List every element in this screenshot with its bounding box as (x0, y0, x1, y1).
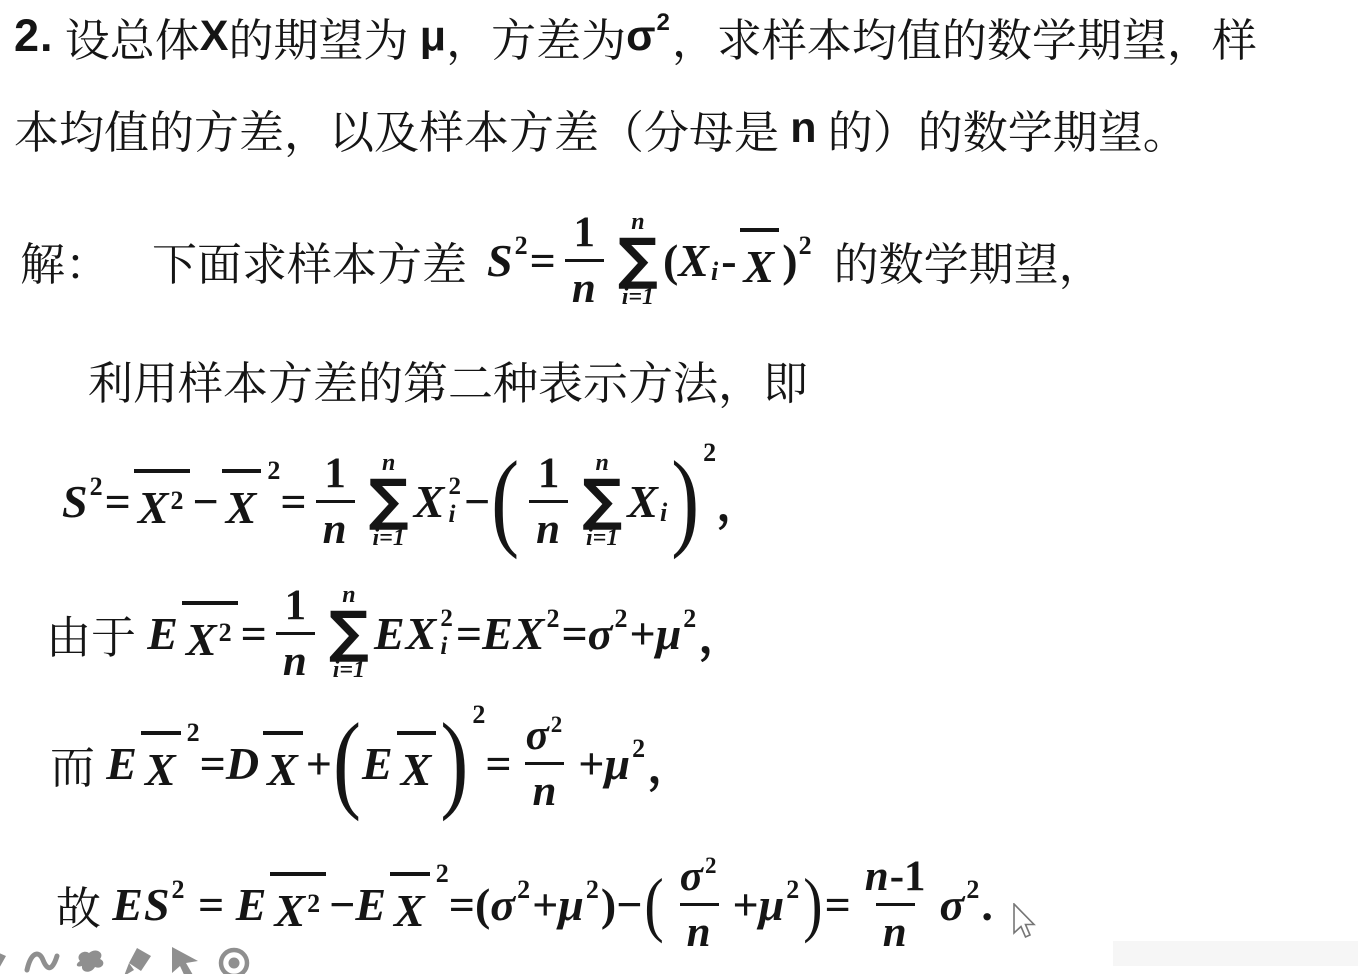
b-segment: = (456, 607, 482, 660)
bi-segment: σ (940, 878, 966, 931)
sub-segment: i (660, 498, 667, 528)
sup-segment: 2 (219, 618, 232, 648)
bi-segment: σ (490, 878, 516, 931)
cn-segment: 解： (20, 228, 110, 293)
b-segment: ， (647, 730, 693, 796)
fden-segment: n (316, 500, 355, 551)
bi-segment: S (487, 234, 514, 287)
b-segment: + (629, 607, 655, 660)
bi-segment: σ (588, 607, 614, 660)
bi-segment: n (283, 640, 308, 683)
b-segment: = (449, 878, 475, 931)
variance-identity-formula: S2=X2−X2=1nn∑i=1X2i−(1nn∑i=1Xi)2， (62, 428, 762, 574)
bi-segment: EX (374, 607, 437, 660)
wave-curve-icon[interactable] (24, 944, 60, 974)
sup-segment: 2 (515, 231, 528, 261)
bi-segment: X (186, 613, 218, 666)
b-segment: . (981, 878, 993, 931)
ol-segment: X (222, 469, 262, 534)
mouse-cursor-icon (1012, 903, 1038, 941)
fden-segment: n (529, 500, 568, 551)
bi-segment: n (532, 770, 557, 813)
bi-segment: X (744, 240, 776, 293)
text-segment: 2 (440, 605, 453, 633)
bi-segment: n (536, 508, 561, 551)
bi-segment: μ (604, 737, 631, 790)
b-segment: = (187, 878, 236, 931)
cn-segment: 的）的数学期望。 (817, 96, 1188, 161)
sup-segment: 2 (172, 875, 185, 905)
b-segment: − (464, 475, 490, 528)
b-segment: 1 (324, 452, 346, 495)
lecture-slide: 2. 设总体X的期望为 μ，方差为σ2，求样本均值的数学期望，样 本均值的方差，… (0, 0, 1371, 974)
bi-segment: S (62, 475, 89, 528)
ss-segment: 2i (448, 473, 461, 529)
hsup-segment: 2 (703, 438, 716, 468)
bi-segment: E (106, 737, 138, 790)
sup-segment: 2 (683, 604, 696, 634)
cn-segment: 由于 (46, 601, 147, 666)
bsans-segment: n (790, 104, 816, 153)
fden-segment: n (876, 903, 915, 954)
sup-segment: 2 (614, 604, 627, 634)
text-segment: 2 (448, 473, 461, 501)
bi-segment: μ (656, 607, 683, 660)
sup-segment: 2 (171, 486, 184, 516)
sup-segment: 2 (307, 889, 320, 919)
sup-segment: 2 (586, 875, 599, 905)
frac-segment: σ2n (675, 855, 724, 954)
sup-segment: 2 (551, 712, 563, 738)
problem-statement-line-1: 2. 设总体X的期望为 μ，方差为σ2，求样本均值的数学期望，样 (14, 4, 1257, 68)
ol-segment: X (263, 731, 303, 796)
frac-segment: 1n (276, 584, 315, 683)
sig-segment: ∑ (582, 477, 622, 525)
bi-segment: n (323, 508, 348, 551)
hsup-segment: 2 (187, 718, 200, 748)
bi-segment: X (226, 481, 258, 534)
cn-segment: 的期望为 (228, 4, 419, 69)
fnum-segment: 1 (319, 452, 351, 500)
bi-segment: n (865, 855, 890, 898)
cn-segment: 故 (56, 872, 112, 937)
b-segment: + (732, 878, 758, 931)
b-segment: + (306, 737, 332, 790)
cn-segment: ，求样本均值的数学期望，样 (672, 4, 1257, 69)
b-segment: ) (782, 234, 797, 287)
frac-segment: 1n (529, 452, 568, 551)
slim-segment: i=1 (586, 525, 618, 552)
pen-partial-icon[interactable] (0, 944, 12, 974)
bsans-segment: σ (626, 12, 655, 61)
laser-dot-icon[interactable] (216, 944, 252, 974)
b-segment: − (329, 878, 355, 931)
b-segment: 1 (285, 584, 307, 627)
frac-segment: n-1n (860, 855, 931, 954)
cn-segment: 利用样本方差的第二种表示方法，即 (88, 347, 808, 412)
num-segment: 2. (14, 10, 54, 62)
fnum-segment: n-1 (860, 855, 931, 903)
frac-segment: σ2n (521, 714, 570, 813)
fden-segment: n (680, 903, 719, 954)
marker-icon[interactable] (120, 944, 156, 974)
bi-segment: E (147, 607, 179, 660)
sup-segment: 2 (705, 853, 717, 879)
sup-segment: 2 (786, 875, 799, 905)
bi-segment: μ (558, 878, 585, 931)
bi-segment: σ (680, 855, 704, 898)
sup-segment: 2 (546, 604, 559, 634)
gbody-segment: EX (362, 731, 439, 796)
annotation-toolbar (0, 944, 252, 974)
grp-segment: (EX)2 (332, 731, 485, 796)
b-segment: = (105, 475, 131, 528)
fnum-segment: 1 (533, 452, 565, 500)
ol-segment: X (397, 731, 437, 796)
b-segment: = (200, 737, 226, 790)
bi-segment: E (355, 878, 387, 931)
fnum-segment: σ2 (675, 855, 724, 903)
bi-segment: X (627, 475, 659, 528)
pointer-arrow-icon[interactable] (168, 944, 204, 974)
frac-segment: 1n (316, 452, 355, 551)
bottom-right-shade (1113, 941, 1358, 966)
sup-segment: 2 (966, 875, 979, 905)
bi-segment: n (687, 911, 712, 954)
sup-segment: 2 (90, 472, 103, 502)
fden-segment: n (525, 762, 564, 813)
cn-segment: 本均值的方差，以及样本方差（分母是 (14, 96, 790, 161)
slim-segment: i=1 (372, 525, 404, 552)
sup-segment: 2 (799, 231, 812, 261)
solution-intro-line: 解：下面求样本方差S2=1nn∑i=1(Xi-X)2的数学期望， (20, 198, 1104, 322)
bi-segment: X (414, 475, 446, 528)
problem-statement-line-2: 本均值的方差，以及样本方差（分母是 n 的）的数学期望。 (14, 96, 1188, 160)
sum-segment: n∑i=1 (329, 582, 369, 684)
ol-segment: X (740, 228, 780, 293)
sig-segment: ∑ (618, 236, 658, 284)
b-segment: ) (601, 878, 616, 931)
frac-segment: 1n (565, 211, 604, 310)
b-segment: = (280, 475, 306, 528)
b-segment: ( (475, 878, 490, 931)
ol-segment: X (141, 731, 181, 796)
b-segment: + (578, 737, 604, 790)
b-segment: = (241, 607, 267, 660)
b-segment: 1 (904, 855, 926, 898)
sup-segment: 2 (632, 734, 645, 764)
slim-segment: i=1 (622, 284, 654, 311)
bi-segment: E (236, 878, 268, 931)
fden-segment: n (565, 259, 604, 310)
b-segment: - (890, 855, 904, 898)
bi-segment: X (145, 743, 177, 796)
sub-segment: i (711, 257, 718, 287)
bi-segment: X (274, 884, 306, 937)
bi-segment: μ (759, 878, 786, 931)
b-segment: = (825, 878, 851, 931)
bi-segment: EX (482, 607, 545, 660)
sum-segment: n∑i=1 (369, 450, 409, 552)
b-segment: − (193, 475, 219, 528)
method-note-line: 利用样本方差的第二种表示方法，即 (88, 350, 808, 408)
ol-segment: X2 (134, 469, 190, 534)
text-segment: i (440, 633, 447, 661)
sig-segment: ∑ (329, 609, 369, 657)
b-segment: ( (663, 234, 678, 287)
bi-segment: σ (526, 714, 550, 757)
bi-segment: X (267, 743, 299, 796)
expectation-of-mean-square-formula: 由于 EX2=1nn∑i=1EX2i=EX2=σ2+μ2， (46, 568, 744, 698)
b-segment: 1 (538, 452, 560, 495)
bsans-segment: μ (420, 12, 446, 61)
fnum-segment: σ2 (521, 714, 570, 762)
expectation-of-squared-mean-formula: 而 EX2=DX+(EX)2=σ2n+μ2， (50, 702, 693, 824)
fnum-segment: 1 (280, 584, 312, 632)
sup-segment: 2 (657, 9, 670, 37)
bi-segment: n (572, 267, 597, 310)
sum-segment: n∑i=1 (618, 209, 658, 311)
ol-segment: X2 (182, 601, 238, 666)
cn-segment: 设总体 (54, 4, 200, 69)
b-segment: = (485, 737, 511, 790)
bi-segment: X (678, 234, 710, 287)
b-segment: + (532, 878, 558, 931)
b-segment: = (561, 607, 587, 660)
bi-segment: D (226, 737, 260, 790)
b-segment: ， (698, 600, 744, 666)
cn-segment: 的数学期望， (834, 228, 1104, 293)
ol-segment: X2 (270, 872, 326, 937)
ss-segment: 2i (440, 605, 453, 661)
bi-segment: X (401, 743, 433, 796)
bi-segment: E (362, 737, 394, 790)
sup-segment: 2 (517, 875, 530, 905)
cn-segment: ，方差为 (446, 4, 626, 69)
scribble-icon[interactable] (72, 944, 108, 974)
b-segment: ， (716, 468, 762, 534)
text-segment: i (448, 501, 455, 529)
cn-segment: 而 (50, 731, 106, 796)
grp-segment: (1nn∑i=1Xi)2 (490, 450, 716, 552)
hsup-segment: 2 (472, 700, 485, 730)
b-segment: - (721, 234, 736, 287)
b-segment: 1 (574, 211, 596, 254)
b-segment: = (530, 234, 556, 287)
sig-segment: ∑ (369, 477, 409, 525)
hsup-segment: 2 (436, 859, 449, 889)
ol-segment: X (390, 872, 430, 937)
hsup-segment: 2 (267, 456, 280, 486)
bsans-segment: X (200, 12, 229, 61)
slim-segment: i=1 (333, 657, 365, 684)
sum-segment: n∑i=1 (582, 450, 622, 552)
bi-segment: n (883, 911, 908, 954)
bi-segment: ES (112, 878, 170, 931)
bi-segment: X (394, 884, 426, 937)
bi-segment: X (138, 481, 170, 534)
cn-segment: 下面求样本方差 (152, 228, 467, 293)
gbody-segment: 1nn∑i=1Xi (520, 450, 670, 552)
fnum-segment: 1 (569, 211, 601, 259)
fden-segment: n (276, 632, 315, 683)
b-segment: − (616, 878, 642, 931)
